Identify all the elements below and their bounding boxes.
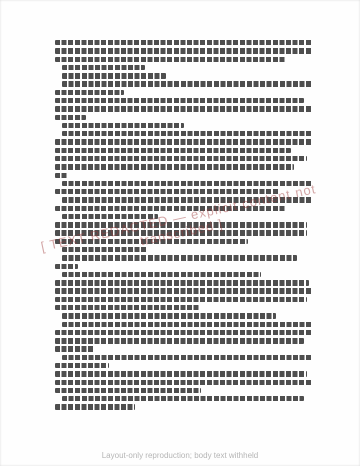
redacted-text-line (55, 280, 309, 285)
redacted-text-line (55, 189, 279, 194)
redacted-text-line (55, 115, 86, 120)
redacted-text-line (55, 371, 307, 376)
redacted-text-line (62, 313, 276, 318)
redacted-text-line (55, 98, 304, 103)
redacted-text-line (55, 297, 307, 302)
redacted-text-line (55, 206, 286, 211)
redacted-text-line (55, 330, 312, 335)
redacted-text-line (55, 363, 109, 368)
redacted-text-line (55, 264, 78, 269)
redacted-text-line (55, 388, 201, 393)
redacted-text-line (62, 81, 312, 86)
redacted-text-line (62, 214, 158, 219)
redacted-text-line (55, 305, 199, 310)
redacted-text-line (62, 396, 304, 401)
redacted-text-line (55, 164, 294, 169)
redacted-text-line (62, 65, 145, 70)
redacted-text-line (55, 106, 312, 111)
scanned-document-page: [ TEXT REDACTED — explicit content not t… (0, 0, 360, 466)
redacted-text-line (55, 156, 307, 161)
redacted-text-line (55, 139, 312, 144)
redacted-text-line (62, 255, 297, 260)
redacted-text-line (55, 222, 307, 227)
redacted-text-line (55, 239, 248, 244)
redacted-text-line (62, 272, 261, 277)
redacted-text-line (55, 90, 124, 95)
redacted-text-line (62, 73, 166, 78)
redacted-text-line (62, 322, 312, 327)
redacted-text-line (55, 48, 312, 53)
redacted-text-line (55, 380, 312, 385)
redacted-text-line (62, 181, 312, 186)
redacted-text-line (55, 338, 304, 343)
redacted-text-line (55, 40, 312, 45)
redacted-text-line (62, 131, 312, 136)
redacted-text-line (55, 346, 94, 351)
redacted-text-line (55, 173, 68, 178)
redacted-text-line (62, 123, 184, 128)
redacted-text-line (62, 355, 312, 360)
redaction-footer-note: Layout-only reproduction; body text with… (0, 451, 360, 460)
redacted-text-line (55, 57, 286, 62)
redacted-text-line (62, 247, 148, 252)
redacted-text-line (62, 197, 312, 202)
redacted-text-line (55, 404, 135, 409)
redacted-text-line (55, 148, 291, 153)
redacted-text-line (55, 230, 307, 235)
redacted-text-line (55, 288, 312, 293)
body-text-redacted (55, 40, 312, 413)
